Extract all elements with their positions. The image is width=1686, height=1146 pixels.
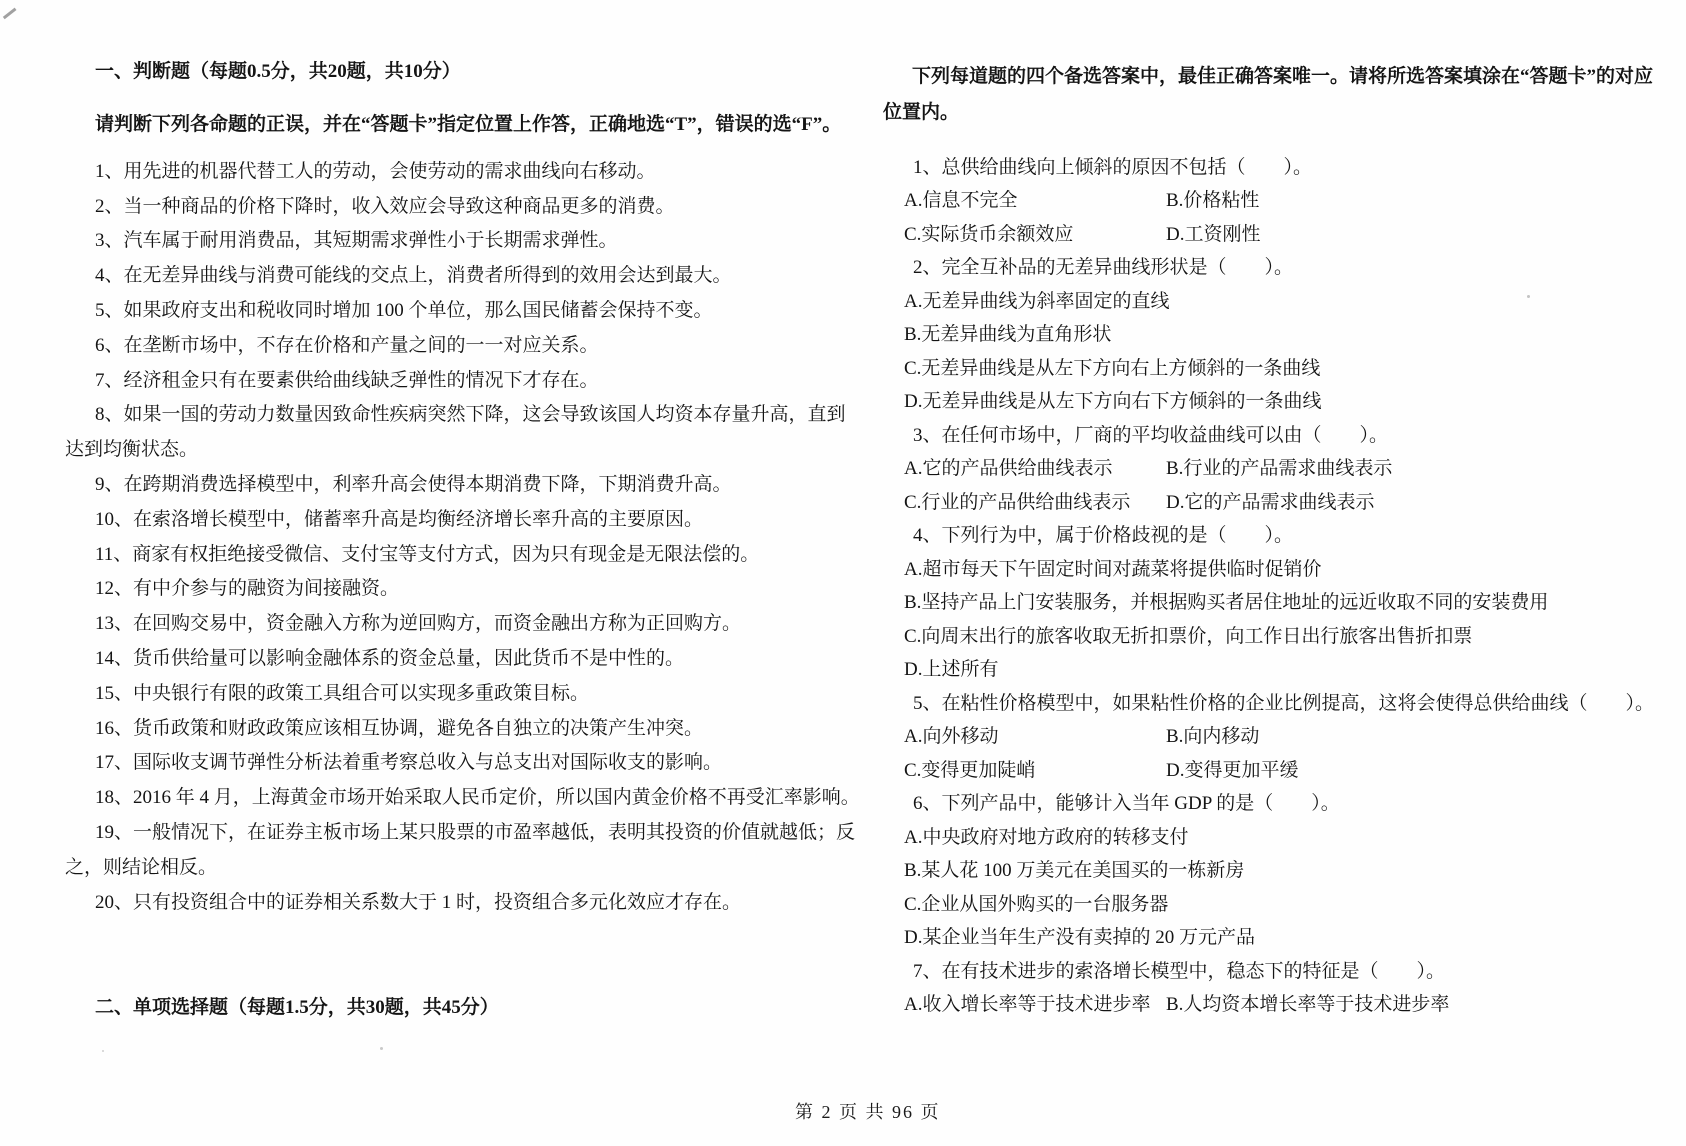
option-text: A.向外移动 [904, 720, 1166, 754]
question-line: 3、在任何市场中，厂商的平均收益曲线可以由（ ）。 [883, 419, 1673, 453]
question-line: 2、当一种商品的价格下降时，收入效应会导致这种商品更多的消费。 [65, 190, 805, 225]
question-line: 16、货币政策和财政政策应该相互协调，避免各自独立的决策产生冲突。 [65, 712, 805, 747]
option-text: B.行业的产品需求曲线表示 [1166, 452, 1392, 486]
question-line: 20、只有投资组合中的证券相关系数大于 1 时，投资组合多元化效应才存在。 [65, 886, 805, 921]
section-heading: 二、单项选择题（每题1.5分，共30题，共45分） [65, 991, 805, 1026]
question-continuation: 达到均衡状态。 [65, 433, 805, 468]
option-line: A.中央政府对地方政府的转移支付 [883, 821, 1673, 855]
option-line: D.某企业当年生产没有卖掉的 20 万元产品 [883, 921, 1673, 955]
section-heading: 一、判断题（每题0.5分，共20题，共10分） [65, 55, 805, 90]
scan-artifact-corner [3, 8, 16, 19]
option-row: A.信息不完全B.价格粘性 [883, 184, 1673, 218]
question-line: 7、在有技术进步的索洛增长模型中，稳态下的特征是（ ）。 [883, 955, 1673, 989]
scan-speck [380, 1047, 383, 1050]
option-text: D.变得更加平缓 [1166, 754, 1298, 788]
option-text: B.价格粘性 [1166, 184, 1259, 218]
question-line: 14、货币供给量可以影响金融体系的资金总量，因此货币不是中性的。 [65, 642, 805, 677]
question-line: 6、下列产品中，能够计入当年 GDP 的是（ ）。 [883, 787, 1673, 821]
scan-speck [102, 1050, 104, 1052]
question-line: 4、下列行为中，属于价格歧视的是（ ）。 [883, 519, 1673, 553]
question-line: 17、国际收支调节弹性分析法着重考察总收入与总支出对国际收支的影响。 [65, 746, 805, 781]
option-line: C.无差异曲线是从左下方向右上方倾斜的一条曲线 [883, 352, 1673, 386]
question-line: 11、商家有权拒绝接受微信、支付宝等支付方式，因为只有现金是无限法偿的。 [65, 538, 805, 573]
option-line: B.无差异曲线为直角形状 [883, 318, 1673, 352]
question-continuation: 之，则结论相反。 [65, 851, 805, 886]
question-line: 4、在无差异曲线与消费可能线的交点上，消费者所得到的效用会达到最大。 [65, 259, 805, 294]
option-row: C.实际货币余额效应D.工资刚性 [883, 218, 1673, 252]
option-text: D.它的产品需求曲线表示 [1166, 486, 1374, 520]
question-line: 18、2016 年 4 月，上海黄金市场开始采取人民币定价，所以国内黄金价格不再… [65, 781, 805, 816]
option-row: C.行业的产品供给曲线表示D.它的产品需求曲线表示 [883, 486, 1673, 520]
question-line: 5、在粘性价格模型中，如果粘性价格的企业比例提高，这将会使得总供给曲线（ ）。 [883, 687, 1673, 721]
option-line: A.无差异曲线为斜率固定的直线 [883, 285, 1673, 319]
question-line: 1、总供给曲线向上倾斜的原因不包括（ ）。 [883, 151, 1673, 185]
option-line: B.坚持产品上门安装服务，并根据购买者居住地址的远近收取不同的安装费用 [883, 586, 1673, 620]
question-line: 12、有中介参与的融资为间接融资。 [65, 572, 805, 607]
option-text: C.实际货币余额效应 [904, 218, 1166, 252]
question-line: 13、在回购交易中，资金融入方称为逆回购方，而资金融出方称为正回购方。 [65, 607, 805, 642]
option-text: B.向内移动 [1166, 720, 1259, 754]
question-line: 6、在垄断市场中，不存在价格和产量之间的一一对应关系。 [65, 329, 805, 364]
option-text: A.信息不完全 [904, 184, 1166, 218]
option-line: D.无差异曲线是从左下方向右下方倾斜的一条曲线 [883, 385, 1673, 419]
page-number: 第 2 页 共 96 页 [795, 1098, 941, 1124]
question-line: 10、在索洛增长模型中，储蓄率升高是均衡经济增长率升高的主要原因。 [65, 503, 805, 538]
option-text: C.行业的产品供给曲线表示 [904, 486, 1166, 520]
left-column-judgment-section: 一、判断题（每题0.5分，共20题，共10分）请判断下列各命题的正误，并在“答题… [65, 0, 805, 1026]
option-row: A.收入增长率等于技术进步率B.人均资本增长率等于技术进步率 [883, 988, 1673, 1022]
section-instruction: 请判断下列各命题的正误，并在“答题卡”指定位置上作答，正确地选“T”，错误的选“… [65, 108, 805, 143]
option-line: D.上述所有 [883, 653, 1673, 687]
option-row: A.它的产品供给曲线表示B.行业的产品需求曲线表示 [883, 452, 1673, 486]
option-line: C.向周末出行的旅客收取无折扣票价，向工作日出行旅客出售折扣票 [883, 620, 1673, 654]
option-line: A.超市每天下午固定时间对蔬菜将提供临时促销价 [883, 553, 1673, 587]
question-line: 1、用先进的机器代替工人的劳动，会使劳动的需求曲线向右移动。 [65, 155, 805, 190]
question-line: 9、在跨期消费选择模型中，利率升高会使得本期消费下降，下期消费升高。 [65, 468, 805, 503]
section-instruction: 下列每道题的四个备选答案中，最佳正确答案唯一。请将所选答案填涂在“答题卡”的对应 [883, 59, 1673, 95]
question-line: 8、如果一国的劳动力数量因致命性疾病突然下降，这会导致该国人均资本存量升高，直到 [65, 398, 805, 433]
exam-page: 一、判断题（每题0.5分，共20题，共10分）请判断下列各命题的正误，并在“答题… [0, 0, 1686, 1146]
option-text: C.变得更加陡峭 [904, 754, 1166, 788]
section-instruction: 位置内。 [883, 95, 1673, 131]
option-text: A.它的产品供给曲线表示 [904, 452, 1166, 486]
option-text: D.工资刚性 [1166, 218, 1260, 252]
question-line: 2、完全互补品的无差异曲线形状是（ ）。 [883, 251, 1673, 285]
option-text: B.人均资本增长率等于技术进步率 [1166, 988, 1449, 1022]
question-line: 5、如果政府支出和税收同时增加 100 个单位，那么国民储蓄会保持不变。 [65, 294, 805, 329]
right-column-multiple-choice-section: 下列每道题的四个备选答案中，最佳正确答案唯一。请将所选答案填涂在“答题卡”的对应… [883, 0, 1673, 1022]
option-line: C.企业从国外购买的一台服务器 [883, 888, 1673, 922]
option-text: A.收入增长率等于技术进步率 [904, 988, 1166, 1022]
option-line: B.某人花 100 万美元在美国买的一栋新房 [883, 854, 1673, 888]
option-row: C.变得更加陡峭D.变得更加平缓 [883, 754, 1673, 788]
question-line: 7、经济租金只有在要素供给曲线缺乏弹性的情况下才存在。 [65, 364, 805, 399]
question-line: 15、中央银行有限的政策工具组合可以实现多重政策目标。 [65, 677, 805, 712]
question-line: 19、一般情况下，在证券主板市场上某只股票的市盈率越低，表明其投资的价值就越低；… [65, 816, 805, 851]
question-line: 3、汽车属于耐用消费品，其短期需求弹性小于长期需求弹性。 [65, 224, 805, 259]
option-row: A.向外移动B.向内移动 [883, 720, 1673, 754]
